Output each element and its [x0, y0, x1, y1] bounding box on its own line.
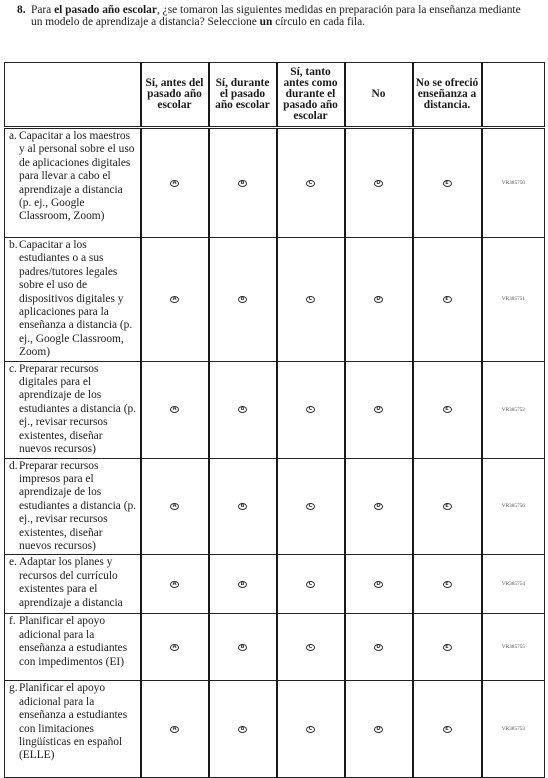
- table-row: e.Adaptar los planes y recursos del curr…: [5, 555, 545, 614]
- question-emphasis: el pasado año escolar: [54, 4, 157, 16]
- radio-cell: E: [413, 128, 482, 238]
- radio-bubble-a[interactable]: A: [170, 581, 179, 588]
- row-letter: d.: [9, 460, 18, 473]
- row-label: Adaptar los planes y recursos del curríc…: [19, 556, 137, 610]
- header-code-column: [482, 63, 545, 128]
- radio-bubble-c[interactable]: C: [306, 296, 315, 303]
- radio-cell: B: [209, 361, 277, 458]
- row-letter: g.: [9, 682, 18, 695]
- radio-cell: C: [277, 361, 345, 458]
- row-label: Preparar recursos digitales para el apre…: [19, 363, 137, 457]
- variable-code: VR385755: [482, 614, 545, 681]
- radio-bubble-b[interactable]: B: [238, 581, 247, 588]
- radio-cell: D: [345, 361, 413, 458]
- radio-bubble-b[interactable]: B: [238, 503, 247, 510]
- radio-cell: E: [413, 614, 482, 681]
- radio-cell: B: [209, 458, 277, 555]
- column-header-b: Sí, durante el pasado año escolar: [209, 63, 277, 128]
- row-label-cell: f.Planificar el apoyo adicional para la …: [5, 614, 141, 681]
- radio-bubble-a[interactable]: A: [170, 726, 179, 733]
- radio-bubble-c[interactable]: C: [306, 406, 315, 413]
- row-label: Capacitar a los maestros y al personal s…: [19, 130, 137, 224]
- variable-code: VR385752: [482, 361, 545, 458]
- radio-cell: D: [345, 238, 413, 362]
- radio-bubble-c[interactable]: C: [306, 503, 315, 510]
- variable-code: VR385751: [482, 238, 545, 362]
- radio-bubble-e[interactable]: E: [443, 406, 452, 413]
- radio-bubble-c[interactable]: C: [306, 180, 315, 187]
- radio-bubble-a[interactable]: A: [170, 180, 179, 187]
- radio-bubble-d[interactable]: D: [374, 503, 383, 510]
- radio-cell: E: [413, 458, 482, 555]
- question-text-run: Para: [31, 4, 54, 16]
- radio-bubble-d[interactable]: D: [374, 644, 383, 651]
- table-row: g.Planificar el apoyo adicional para la …: [5, 681, 545, 775]
- radio-cell: C: [277, 614, 345, 681]
- radio-cell: C: [277, 238, 345, 362]
- column-header-d: No: [345, 63, 413, 128]
- radio-cell: E: [413, 238, 482, 362]
- column-header-c: Sí, tanto antes como durante el pasado a…: [277, 63, 345, 128]
- variable-code: VR385753: [482, 681, 545, 775]
- radio-cell: E: [413, 555, 482, 614]
- row-label-cell: b.Capacitar a los estudiantes o a sus pa…: [5, 238, 141, 362]
- radio-cell: D: [345, 128, 413, 238]
- row-label: Planificar el apoyo adicional para la en…: [19, 615, 137, 669]
- radio-bubble-b[interactable]: B: [238, 180, 247, 187]
- radio-cell: A: [141, 614, 209, 681]
- row-letter: f.: [9, 615, 16, 628]
- row-label-cell: a.Capacitar a los maestros y al personal…: [5, 128, 141, 238]
- table-row: b.Capacitar a los estudiantes o a sus pa…: [5, 238, 545, 362]
- radio-bubble-d[interactable]: D: [374, 726, 383, 733]
- row-label-cell: e.Adaptar los planes y recursos del curr…: [5, 555, 141, 614]
- column-header-a: Sí, antes del pasado año escolar: [141, 63, 209, 128]
- radio-cell: B: [209, 128, 277, 238]
- radio-cell: A: [141, 555, 209, 614]
- radio-cell: D: [345, 614, 413, 681]
- row-letter: b.: [9, 239, 18, 252]
- radio-bubble-b[interactable]: B: [238, 406, 247, 413]
- radio-cell: A: [141, 238, 209, 362]
- row-letter: a.: [9, 130, 17, 143]
- radio-bubble-d[interactable]: D: [374, 180, 383, 187]
- radio-cell: E: [413, 361, 482, 458]
- question-block: 8. Para el pasado año escolar, ¿se tomar…: [14, 4, 534, 29]
- variable-code: VR385754: [482, 555, 545, 614]
- question-emphasis: un: [260, 16, 273, 28]
- radio-cell: C: [277, 128, 345, 238]
- row-letter: e.: [9, 556, 17, 569]
- question-number: 8.: [17, 4, 26, 16]
- radio-bubble-c[interactable]: C: [306, 726, 315, 733]
- radio-bubble-d[interactable]: D: [374, 296, 383, 303]
- radio-bubble-e[interactable]: E: [443, 581, 452, 588]
- radio-cell: C: [277, 681, 345, 775]
- column-header-e: No se ofreció enseñanza a distancia.: [413, 63, 482, 128]
- radio-bubble-a[interactable]: A: [170, 296, 179, 303]
- radio-cell: D: [345, 681, 413, 775]
- row-label: Preparar recursos impresos para el apren…: [19, 460, 137, 554]
- radio-bubble-a[interactable]: A: [170, 644, 179, 651]
- row-label-cell: c.Preparar recursos digitales para el ap…: [5, 361, 141, 458]
- table-row: d.Preparar recursos impresos para el apr…: [5, 458, 545, 555]
- radio-bubble-c[interactable]: C: [306, 644, 315, 651]
- table-row: a.Capacitar a los maestros y al personal…: [5, 128, 545, 238]
- table-row: c.Preparar recursos digitales para el ap…: [5, 361, 545, 458]
- row-label: Capacitar a los estudiantes o a sus padr…: [19, 239, 137, 360]
- question-text: Para el pasado año escolar, ¿se tomaron …: [31, 4, 534, 29]
- radio-cell: A: [141, 458, 209, 555]
- table-row: f.Planificar el apoyo adicional para la …: [5, 614, 545, 681]
- question-text-run: círculo en cada fila.: [272, 16, 365, 28]
- radio-cell: D: [345, 555, 413, 614]
- radio-cell: A: [141, 128, 209, 238]
- radio-cell: C: [277, 555, 345, 614]
- response-grid: Sí, antes del pasado año escolarSí, dura…: [4, 62, 545, 775]
- radio-bubble-b[interactable]: B: [238, 726, 247, 733]
- radio-bubble-a[interactable]: A: [170, 406, 179, 413]
- radio-bubble-d[interactable]: D: [374, 406, 383, 413]
- radio-cell: B: [209, 614, 277, 681]
- header-item-column: [5, 63, 141, 128]
- radio-cell: B: [209, 238, 277, 362]
- row-label-cell: g.Planificar el apoyo adicional para la …: [5, 681, 141, 775]
- header-row: Sí, antes del pasado año escolarSí, dura…: [5, 63, 545, 128]
- radio-cell: A: [141, 361, 209, 458]
- radio-cell: D: [345, 458, 413, 555]
- variable-code: VR385756: [482, 458, 545, 555]
- radio-cell: E: [413, 681, 482, 775]
- radio-bubble-e[interactable]: E: [443, 503, 452, 510]
- radio-bubble-c[interactable]: C: [306, 581, 315, 588]
- radio-cell: A: [141, 681, 209, 775]
- radio-bubble-b[interactable]: B: [238, 296, 247, 303]
- radio-cell: B: [209, 681, 277, 775]
- radio-bubble-e[interactable]: E: [443, 726, 452, 733]
- radio-cell: C: [277, 458, 345, 555]
- variable-code: VR385750: [482, 128, 545, 238]
- row-label: Planificar el apoyo adicional para la en…: [19, 682, 137, 762]
- radio-bubble-e[interactable]: E: [443, 644, 452, 651]
- radio-bubble-a[interactable]: A: [170, 503, 179, 510]
- radio-cell: B: [209, 555, 277, 614]
- row-letter: c.: [9, 363, 17, 376]
- radio-bubble-b[interactable]: B: [238, 644, 247, 651]
- row-label-cell: d.Preparar recursos impresos para el apr…: [5, 458, 141, 555]
- radio-bubble-e[interactable]: E: [443, 296, 452, 303]
- radio-bubble-d[interactable]: D: [374, 581, 383, 588]
- radio-bubble-e[interactable]: E: [443, 180, 452, 187]
